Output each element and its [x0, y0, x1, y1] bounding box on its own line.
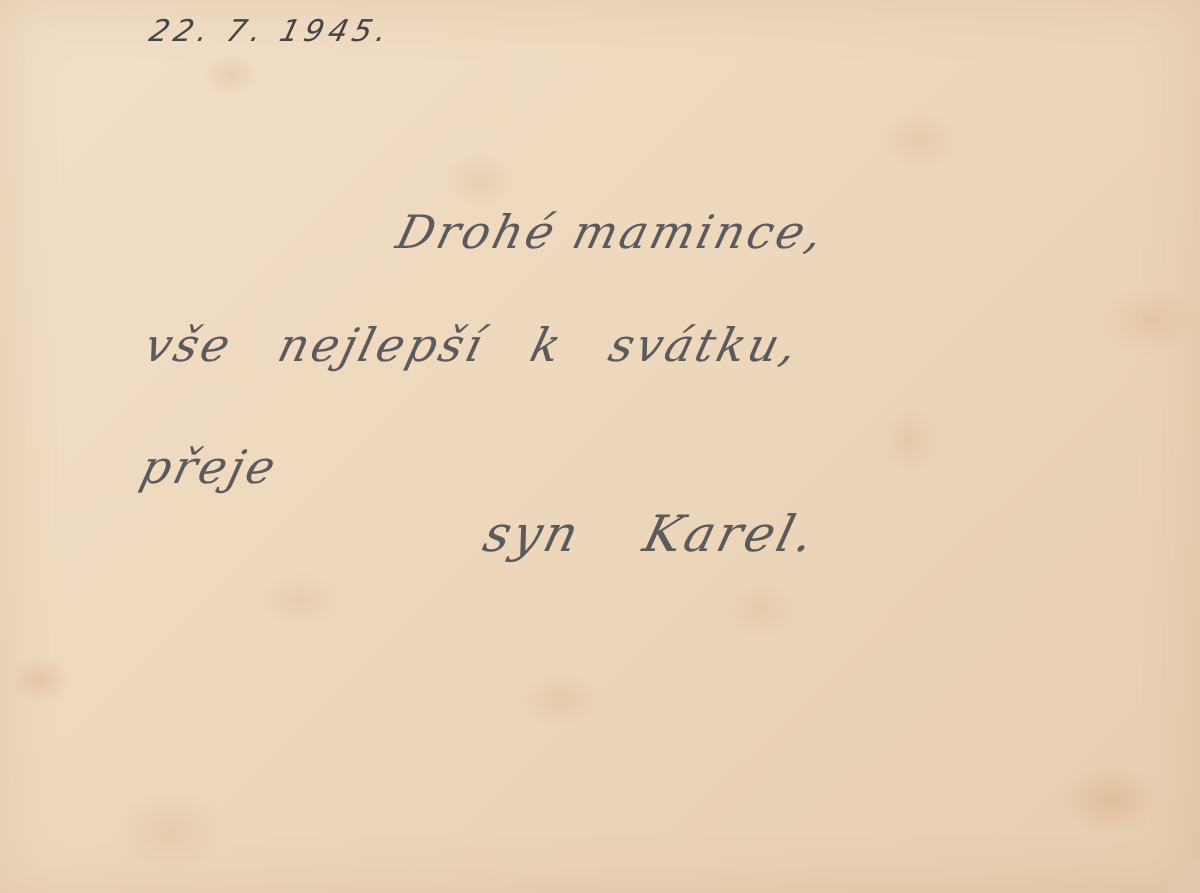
date-heading: 22. 7. 1945. — [146, 14, 396, 49]
worn-corner — [1160, 853, 1200, 893]
salutation-line: Drohé mamince, — [391, 205, 831, 259]
signature-line: syn Karel. — [478, 505, 823, 563]
greeting-card: 22. 7. 1945. Drohé mamince, vše nejlepší… — [0, 0, 1200, 893]
wishes-line: vše nejlepší k svátku, — [139, 318, 805, 372]
verb-line: přeje — [135, 440, 284, 494]
